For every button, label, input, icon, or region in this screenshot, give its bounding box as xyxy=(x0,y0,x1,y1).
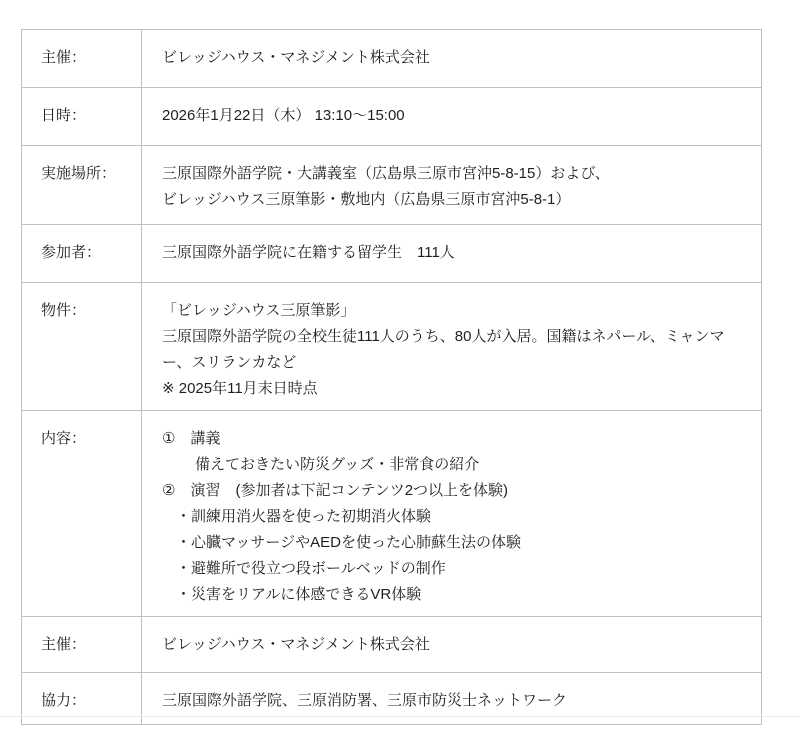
program-item-exercise: ② 演習 (参加者は下記コンテンツ2つ以上を体験) xyxy=(162,478,736,504)
table-row-program: 内容： ① 講義 備えておきたい防災グッズ・非常食の紹介 ② 演習 (参加者は下… xyxy=(22,411,762,617)
row-value: ビレッジハウス・マネジメント株式会社 xyxy=(142,30,762,88)
value-line: ビレッジハウス三原筆影・敷地内（広島県三原市宮沖5-8-1） xyxy=(162,187,736,213)
row-value: 三原国際外語学院・大講義室（広島県三原市宮沖5-8-15）および、 ビレッジハウ… xyxy=(142,146,762,225)
program-bullet-cardboard-bed: ・避難所で役立つ段ボールベッドの制作 xyxy=(162,556,736,582)
row-label: 主催： xyxy=(22,617,142,673)
program-bullet-vr: ・災害をリアルに体感できるVR体験 xyxy=(162,582,736,608)
row-value: 「ビレッジハウス三原筆影」 三原国際外語学院の全校生徒111人のうち、80人が入… xyxy=(142,283,762,411)
value-line: 三原国際外語学院に在籍する留学生 111人 xyxy=(162,240,736,266)
table-row-organizer-2: 主催： ビレッジハウス・マネジメント株式会社 xyxy=(22,617,762,673)
value-line: ※ 2025年11月末日時点 xyxy=(162,376,736,402)
value-line: 2026年1月22日（木） 13:10～15:00 xyxy=(162,103,736,129)
value-line: 三原国際外語学院、三原消防署、三原市防災士ネットワーク xyxy=(162,688,736,714)
program-bullet-extinguisher: ・訓練用消火器を使った初期消火体験 xyxy=(162,504,736,530)
table-row-venue: 実施場所： 三原国際外語学院・大講義室（広島県三原市宮沖5-8-15）および、 … xyxy=(22,146,762,225)
row-value: 三原国際外語学院に在籍する留学生 111人 xyxy=(142,225,762,283)
row-label: 実施場所： xyxy=(22,146,142,225)
event-info-table: 主催： ビレッジハウス・マネジメント株式会社 日時： 2026年1月22日（木）… xyxy=(21,29,762,725)
press-release-page: 主催： ビレッジハウス・マネジメント株式会社 日時： 2026年1月22日（木）… xyxy=(0,0,800,743)
bottom-divider xyxy=(0,716,800,717)
table-row-organizer: 主催： ビレッジハウス・マネジメント株式会社 xyxy=(22,30,762,88)
row-value: 2026年1月22日（木） 13:10～15:00 xyxy=(142,88,762,146)
program-item-lecture-detail: 備えておきたい防災グッズ・非常食の紹介 xyxy=(162,452,736,478)
row-label: 物件： xyxy=(22,283,142,411)
table-row-property: 物件： 「ビレッジハウス三原筆影」 三原国際外語学院の全校生徒111人のうち、8… xyxy=(22,283,762,411)
value-line: 「ビレッジハウス三原筆影」 xyxy=(162,298,736,324)
table-row-participants: 参加者： 三原国際外語学院に在籍する留学生 111人 xyxy=(22,225,762,283)
row-label: 主催： xyxy=(22,30,142,88)
table-row-datetime: 日時： 2026年1月22日（木） 13:10～15:00 xyxy=(22,88,762,146)
value-line: ビレッジハウス・マネジメント株式会社 xyxy=(162,45,736,71)
row-label: 内容： xyxy=(22,411,142,617)
program-item-lecture: ① 講義 xyxy=(162,426,736,452)
value-line: 三原国際外語学院の全校生徒111人のうち、80人が入居。国籍はネパール、ミャンマ… xyxy=(162,324,736,376)
value-line: ビレッジハウス・マネジメント株式会社 xyxy=(162,632,736,658)
row-label: 日時： xyxy=(22,88,142,146)
row-value: ① 講義 備えておきたい防災グッズ・非常食の紹介 ② 演習 (参加者は下記コンテ… xyxy=(142,411,762,617)
value-line: 三原国際外語学院・大講義室（広島県三原市宮沖5-8-15）および、 xyxy=(162,161,736,187)
row-label: 参加者： xyxy=(22,225,142,283)
row-value: ビレッジハウス・マネジメント株式会社 xyxy=(142,617,762,673)
program-bullet-cpr-aed: ・心臓マッサージやAEDを使った心肺蘇生法の体験 xyxy=(162,530,736,556)
